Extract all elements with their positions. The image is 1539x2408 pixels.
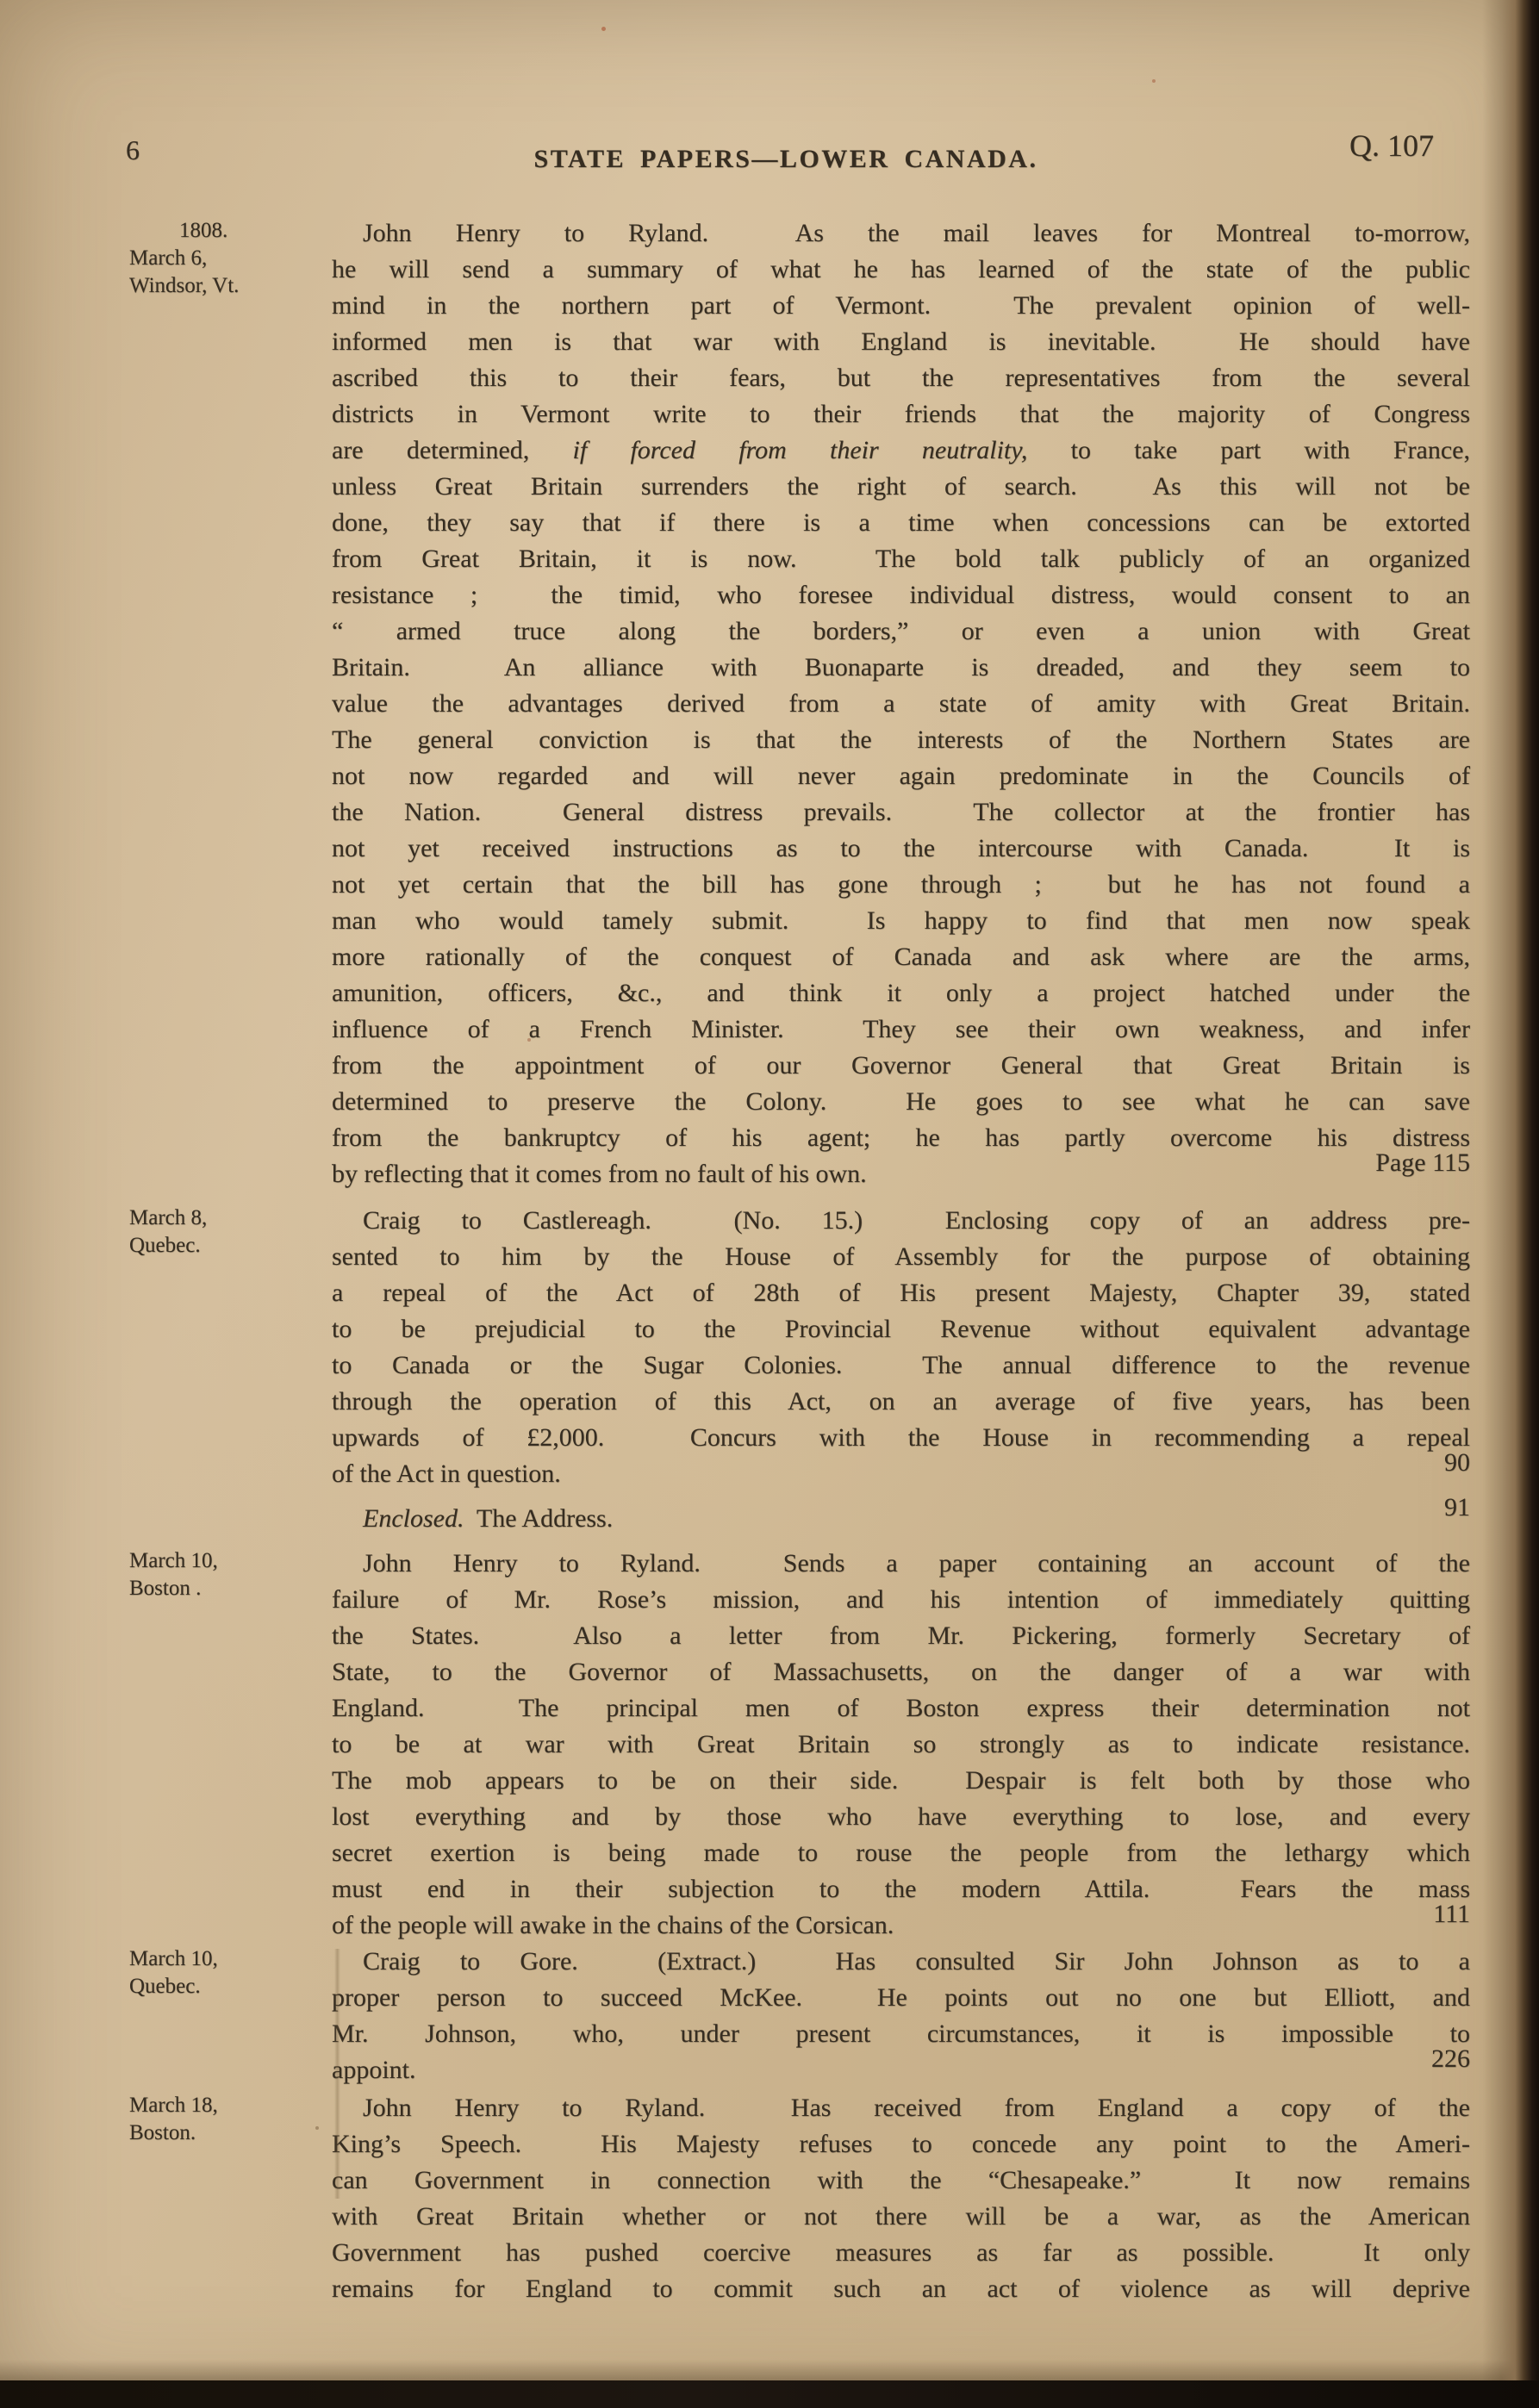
text-line: John Henry to Ryland. Has received from … xyxy=(332,2090,1470,2126)
margin-note-line: March 8, xyxy=(129,1204,329,1232)
calendar-entry: Enclosed. The Address.91 xyxy=(129,1501,1470,1537)
text-line: from the appointment of our Governor Gen… xyxy=(332,1048,1470,1084)
book-edge-bottom xyxy=(0,2380,1539,2408)
page-number: 6 xyxy=(126,134,140,166)
text-line: lost everything and by those who have ev… xyxy=(332,1799,1470,1835)
text-line: John Henry to Ryland. Sends a paper cont… xyxy=(332,1546,1470,1582)
text-line: influence of a French Minister. They see… xyxy=(332,1011,1470,1048)
source-page-ref: 226 xyxy=(1431,2041,1470,2077)
source-page-ref: 91 xyxy=(1444,1490,1470,1526)
text-line: Britain. An alliance with Buonaparte is … xyxy=(332,650,1470,686)
text-line: informed men is that war with England is… xyxy=(332,324,1470,360)
italic-text: if forced from their neutrality, xyxy=(573,436,1028,464)
text-line: not now regarded and will never again pr… xyxy=(332,758,1470,794)
text-line: of the Act in question.90 xyxy=(332,1456,1470,1492)
running-title: STATE PAPERS—LOWER CANADA. xyxy=(534,145,1038,174)
margin-note-line: March 6, xyxy=(129,245,329,272)
text-line: secret exertion is being made to rouse t… xyxy=(332,1835,1470,1871)
margin-note-line: Windsor, Vt. xyxy=(129,272,329,300)
italic-text: Enclosed. xyxy=(363,1504,464,1533)
margin-note-line: March 10, xyxy=(129,1945,329,1973)
text-line: State, to the Governor of Massachusetts,… xyxy=(332,1654,1470,1690)
margin-note-line: Boston. xyxy=(129,2119,329,2147)
text-line: The mob appears to be on their side. Des… xyxy=(332,1763,1470,1799)
text-line: “ armed truce along the borders,” or eve… xyxy=(332,613,1470,650)
entry-text: John Henry to Ryland. Has received from … xyxy=(332,2090,1470,2307)
source-page-ref: 90 xyxy=(1444,1445,1470,1481)
text-line: must end in their subjection to the mode… xyxy=(332,1871,1470,1907)
text-line: upwards of £2,000. Concurs with the Hous… xyxy=(332,1420,1470,1456)
text-line: he will send a summary of what he has le… xyxy=(332,252,1470,288)
margin-note: 1808.March 6,Windsor, Vt. xyxy=(129,217,329,300)
text-line: Mr. Johnson, who, under present circumst… xyxy=(332,2016,1470,2052)
paper-speck xyxy=(315,2126,319,2130)
text-line: Government has pushed coercive measures … xyxy=(332,2235,1470,2271)
page-bottom-shadow xyxy=(0,2360,1539,2382)
plain-text: are determined, xyxy=(332,436,573,464)
text-line: the States. Also a letter from Mr. Picke… xyxy=(332,1618,1470,1654)
text-line: by reflecting that it comes from no faul… xyxy=(332,1156,1470,1192)
text-line: from the bankruptcy of his agent; he has… xyxy=(332,1120,1470,1156)
text-line: with Great Britain whether or not there … xyxy=(332,2199,1470,2235)
text-line: ascribed this to their fears, but the re… xyxy=(332,360,1470,396)
text-line: value the advantages derived from a stat… xyxy=(332,686,1470,722)
margin-note-line: Quebec. xyxy=(129,1232,329,1260)
text-line: from Great Britain, it is now. The bold … xyxy=(332,541,1470,577)
plain-text: The Address. xyxy=(464,1504,613,1533)
text-line: districts in Vermont write to their frie… xyxy=(332,396,1470,432)
text-line: appoint.226 xyxy=(332,2052,1470,2088)
text-line: Craig to Castlereagh. (No. 15.) Enclosin… xyxy=(332,1203,1470,1239)
text-line: remains for England to commit such an ac… xyxy=(332,2271,1470,2307)
margin-note-line: March 18, xyxy=(129,2092,329,2119)
year-label: 1808. xyxy=(129,217,329,245)
scanned-book-page: 6 STATE PAPERS—LOWER CANADA. Q. 107 1808… xyxy=(0,0,1539,2408)
text-line: Craig to Gore. (Extract.) Has consulted … xyxy=(332,1944,1470,1980)
text-line: to be at war with Great Britain so stron… xyxy=(332,1727,1470,1763)
book-edge-right xyxy=(1482,0,1539,2408)
text-line: mind in the northern part of Vermont. Th… xyxy=(332,288,1470,324)
calendar-entry: 1808.March 6,Windsor, Vt.John Henry to R… xyxy=(129,215,1470,1192)
text-line: to be prejudicial to the Provincial Reve… xyxy=(332,1311,1470,1347)
text-line: can Government in connection with the “C… xyxy=(332,2162,1470,2199)
plain-text: to take part with France, xyxy=(1027,436,1470,464)
margin-note: March 18,Boston. xyxy=(129,2092,329,2147)
text-line: King’s Speech. His Majesty refuses to co… xyxy=(332,2126,1470,2162)
margin-note-line: Quebec. xyxy=(129,1973,329,2000)
paper-speck xyxy=(601,27,606,31)
margin-note-line: Boston . xyxy=(129,1575,329,1602)
text-line: more rationally of the conquest of Canad… xyxy=(332,939,1470,975)
entry-text: John Henry to Ryland. As the mail leaves… xyxy=(332,215,1470,1192)
text-line: the Nation. General distress prevails. T… xyxy=(332,794,1470,831)
text-line: proper person to succeed McKee. He point… xyxy=(332,1980,1470,2016)
calendar-entry: March 8,Quebec.Craig to Castlereagh. (No… xyxy=(129,1203,1470,1492)
text-line: Enclosed. The Address.91 xyxy=(332,1501,1470,1537)
text-line: to Canada or the Sugar Colonies. The ann… xyxy=(332,1347,1470,1384)
calendar-entry: March 10,Quebec.Craig to Gore. (Extract.… xyxy=(129,1944,1470,2088)
text-line: England. The principal men of Boston exp… xyxy=(332,1690,1470,1727)
calendar-entry: March 18,Boston.John Henry to Ryland. Ha… xyxy=(129,2090,1470,2307)
paper-speck xyxy=(1152,79,1156,83)
entry-text: Craig to Castlereagh. (No. 15.) Enclosin… xyxy=(332,1203,1470,1492)
text-line: man who would tamely submit. Is happy to… xyxy=(332,903,1470,939)
margin-note: March 8,Quebec. xyxy=(129,1204,329,1260)
text-line: not yet received instructions as to the … xyxy=(332,831,1470,867)
text-line: amunition, officers, &c., and think it o… xyxy=(332,975,1470,1011)
text-line: sented to him by the House of Assembly f… xyxy=(332,1239,1470,1275)
source-page-ref: Page 115 xyxy=(1375,1145,1470,1181)
text-line: determined to preserve the Colony. He go… xyxy=(332,1084,1470,1120)
text-line: done, they say that if there is a time w… xyxy=(332,505,1470,541)
margin-note: March 10,Boston . xyxy=(129,1547,329,1602)
entry-text: Craig to Gore. (Extract.) Has consulted … xyxy=(332,1944,1470,2088)
text-line: failure of Mr. Rose’s mission, and his i… xyxy=(332,1582,1470,1618)
source-page-ref: 111 xyxy=(1433,1896,1470,1932)
paper-speck xyxy=(527,1038,531,1042)
text-line: unless Great Britain surrenders the righ… xyxy=(332,469,1470,505)
text-line: John Henry to Ryland. As the mail leaves… xyxy=(332,215,1470,252)
entry-text: John Henry to Ryland. Sends a paper cont… xyxy=(332,1546,1470,1944)
text-line: are determined, if forced from their neu… xyxy=(332,432,1470,469)
text-line: a repeal of the Act of 28th of His prese… xyxy=(332,1275,1470,1311)
margin-note-line: March 10, xyxy=(129,1547,329,1575)
entry-text: Enclosed. The Address.91 xyxy=(332,1501,1470,1537)
scan-crease xyxy=(334,1949,340,2199)
text-line: of the people will awake in the chains o… xyxy=(332,1907,1470,1944)
margin-note: March 10,Quebec. xyxy=(129,1945,329,2000)
text-line: The general conviction is that the inter… xyxy=(332,722,1470,758)
text-line: resistance ; the timid, who foresee indi… xyxy=(332,577,1470,613)
text-line: through the operation of this Act, on an… xyxy=(332,1384,1470,1420)
text-line: not yet certain that the bill has gone t… xyxy=(332,867,1470,903)
calendar-entry: March 10,Boston .John Henry to Ryland. S… xyxy=(129,1546,1470,1944)
archive-reference: Q. 107 xyxy=(1349,128,1434,164)
